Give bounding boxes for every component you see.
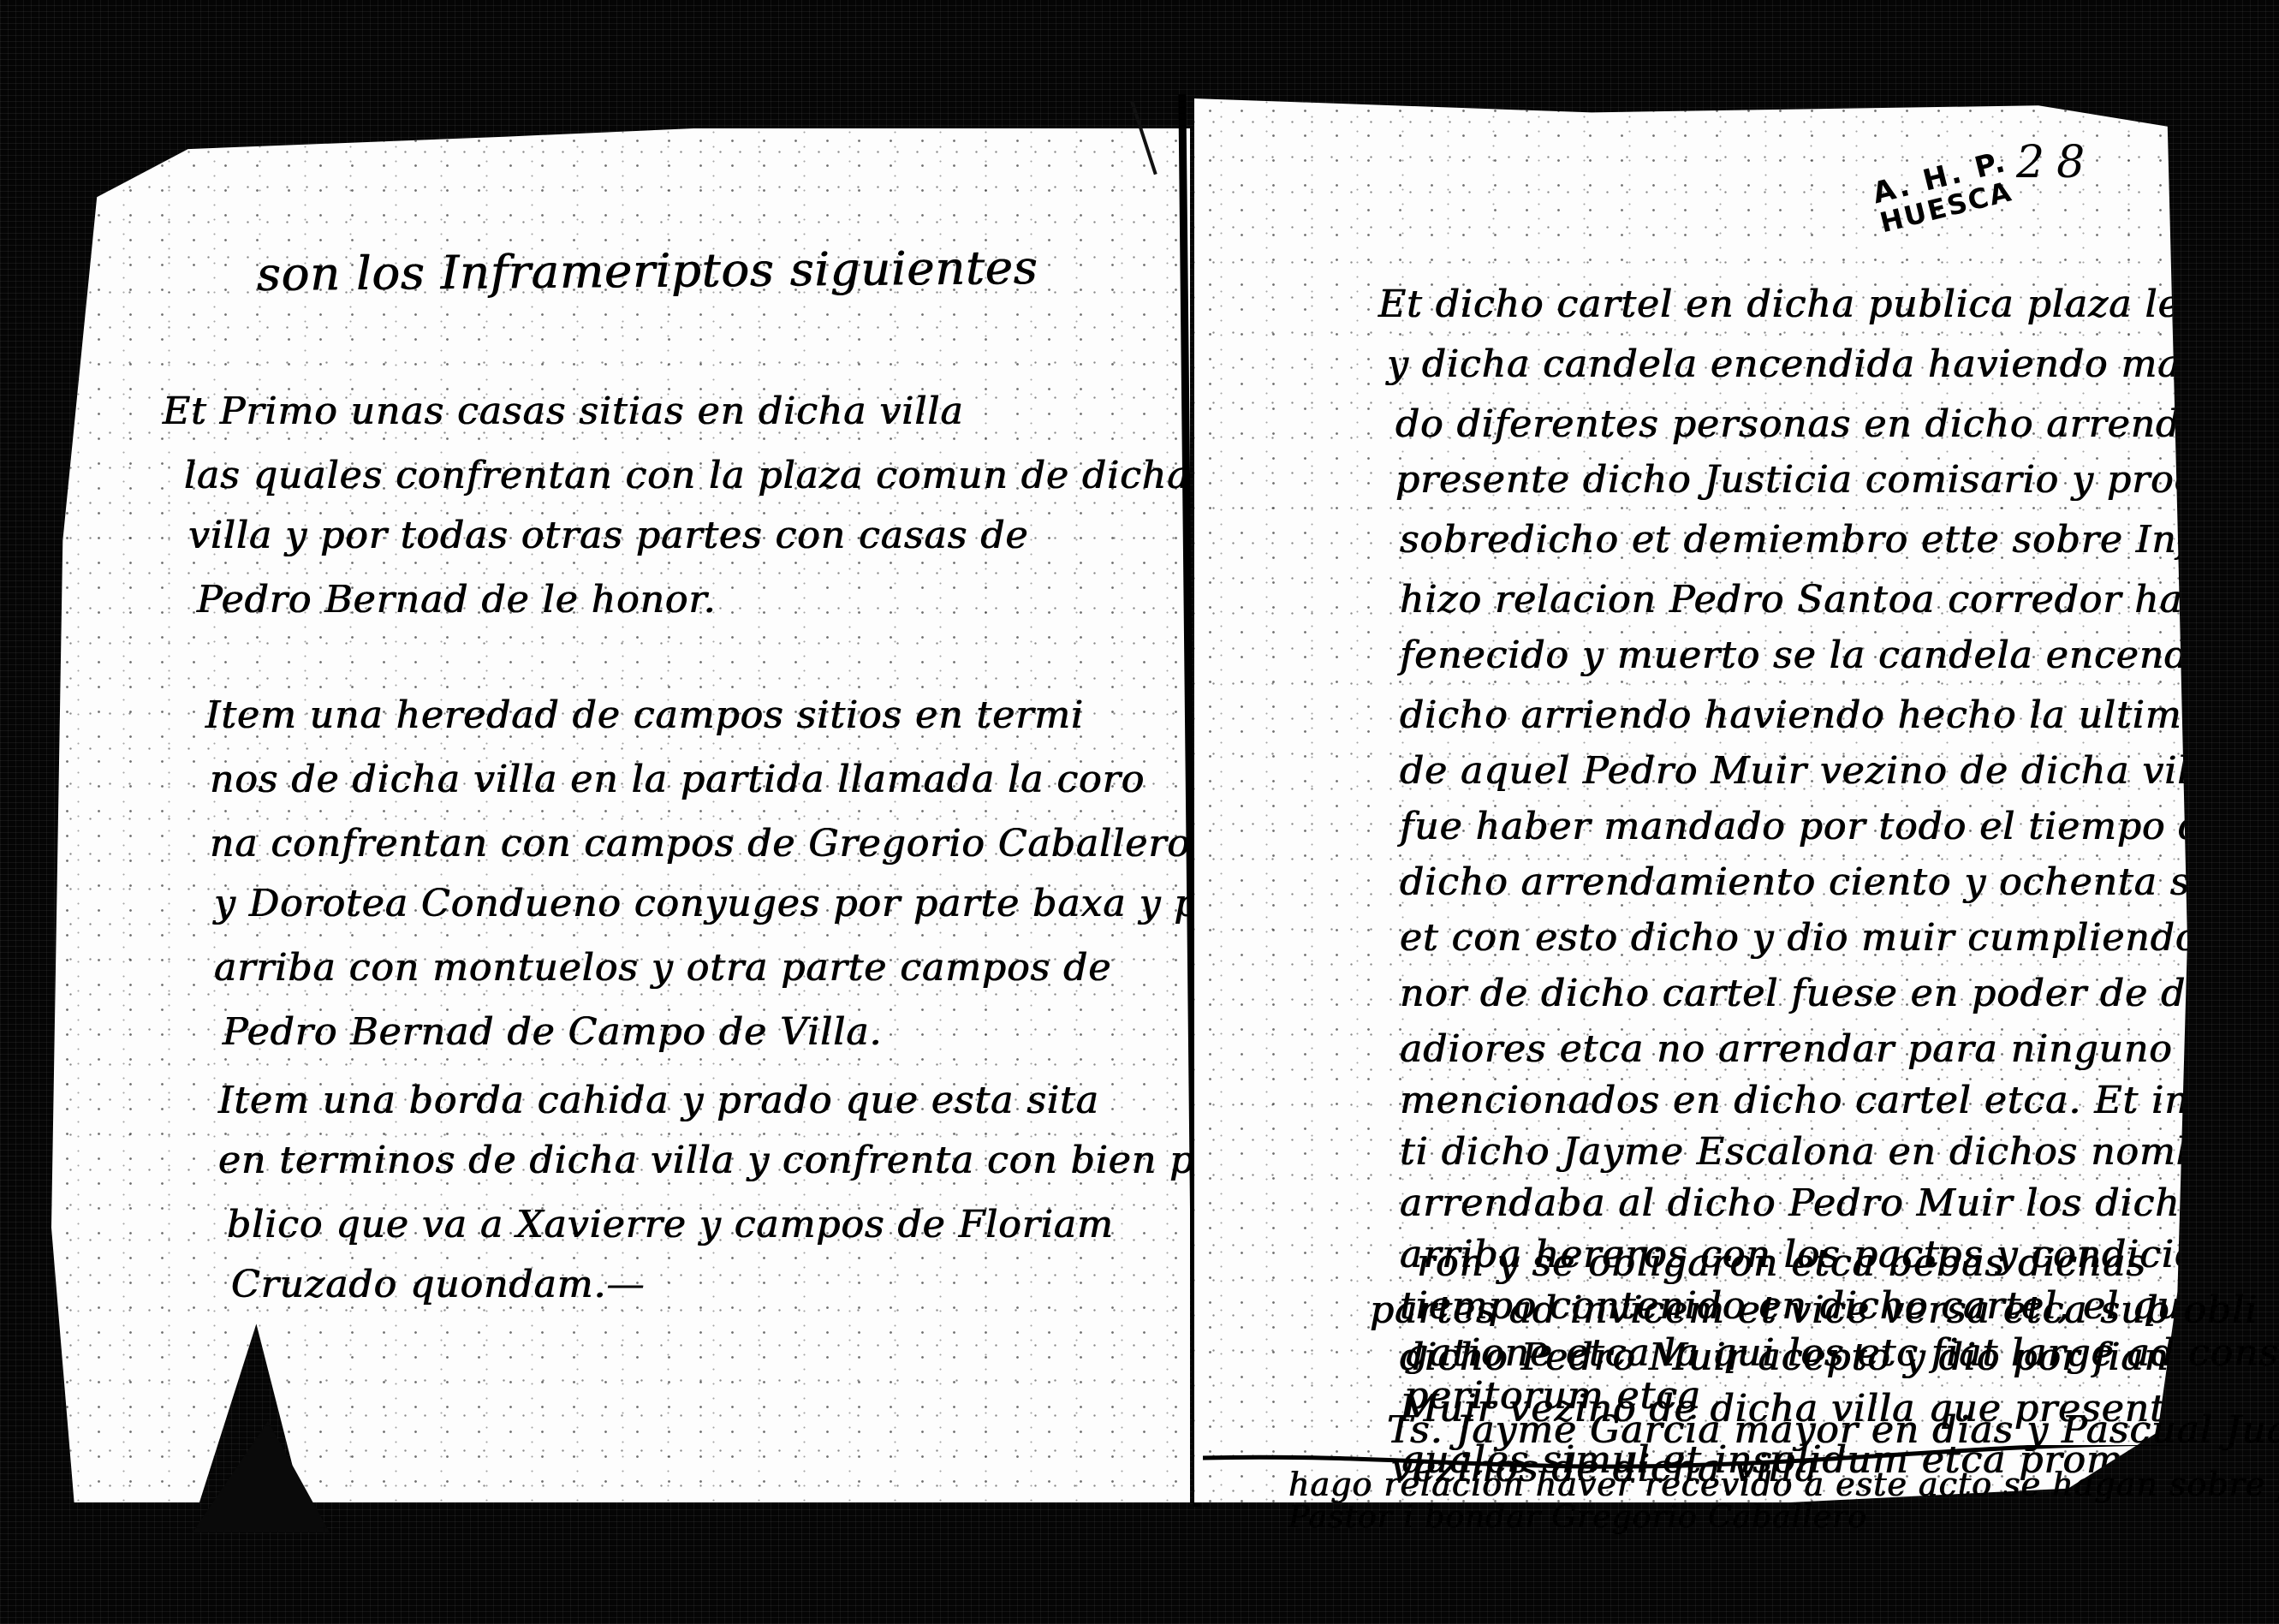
left-line-2: las quales confrentan con la plaza comun… (184, 454, 1190, 497)
left-page-heading: son los Inframeriptos siguientes (257, 241, 1038, 301)
right-line-10: fue haber mandado por todo el tiempo de (1400, 805, 2187, 848)
left-folio-page: son los Inframeriptos siguientes Et Prim… (51, 128, 1190, 1502)
left-line-6: nos de dicha villa en la partida llamada… (210, 758, 1145, 801)
right-line-3: do diferentes personas en dicho arrenda (1395, 402, 2187, 446)
right-line-5: sobredicho et demiembro ette sobre Infra… (1400, 518, 2187, 562)
right-line-25: gatione etca la qui los etc fiat large a… (1404, 1331, 2279, 1375)
right-line-13: nor de dicho cartel fuese en poder de di… (1400, 972, 2187, 1015)
right-line-2: y dicha candela encendida haviendo manda… (1387, 342, 2187, 386)
left-line-9: arriba con montuelos y otra parte campos… (214, 946, 1111, 990)
left-line-4: Pedro Bernad de le honor. (197, 578, 717, 622)
right-line-6: hizo relacion Pedro Santoa corredor habe… (1400, 578, 2187, 622)
left-line-3: villa y por todas otras partes con casas… (188, 514, 1029, 557)
right-line-16: ti dicho Jayme Escalona en dichos nombre… (1400, 1130, 2187, 1174)
folio-number: 28 (2016, 137, 2097, 188)
right-line-8: dicho arriendo haviendo hecho la ultima … (1400, 693, 2187, 737)
left-line-1: Et Primo unas casas sitias en dicha vill… (163, 390, 964, 433)
footer-note-line-1: hago relacion haver recevido a este acto… (1288, 1466, 2279, 1503)
right-line-9: de aquel Pedro Muir vezino de dicha vill… (1400, 749, 2187, 793)
footer-note-line-2: Pastor i bondar Gregorio Caballero (1288, 1500, 1867, 1535)
left-line-8: y Dorotea Condueno conyuges por parte ba… (214, 882, 1190, 925)
right-line-17: arrendaba al dicho Pedro Muir los dichos… (1400, 1181, 2187, 1225)
left-line-10: Pedro Bernad de Campo de Villa. (223, 1010, 883, 1054)
left-line-14: Cruzado quondam.— (231, 1263, 646, 1306)
right-line-4: presente dicho Justicia comisario y proc… (1395, 458, 2187, 502)
left-line-5: Item una heredad de campos sitios en ter… (205, 693, 1084, 737)
right-line-14: adiores etca no arrendar para ninguno de… (1400, 1027, 2187, 1071)
right-line-11: dicho arrendamiento ciento y ochenta sue… (1400, 860, 2187, 904)
right-line-12: et con esto dicho y dio muir cumpliendo … (1400, 916, 2187, 960)
right-line-1: Et dicho cartel en dicha publica plaza l… (1378, 283, 2187, 326)
right-line-24: partes ad invicem et vice versa etca sub… (1370, 1288, 2258, 1332)
right-line-7: fenecido y muerto se la candela encendid… (1400, 634, 2187, 677)
left-line-11: Item una borda cahida y prado que esta s… (218, 1079, 1099, 1122)
left-line-13: blico que va a Xavierre y campos de Flor… (227, 1203, 1114, 1246)
left-line-7: na confrentan con campos de Gregorio Cab… (210, 822, 1190, 866)
right-line-15: mencionados en dicho cartel etca. Et in … (1400, 1079, 2187, 1122)
right-line-23: ron y se obligaron etca bebas dichas (1417, 1241, 2146, 1285)
left-line-12: en terminos de dicha villa y confrenta c… (218, 1139, 1190, 1182)
